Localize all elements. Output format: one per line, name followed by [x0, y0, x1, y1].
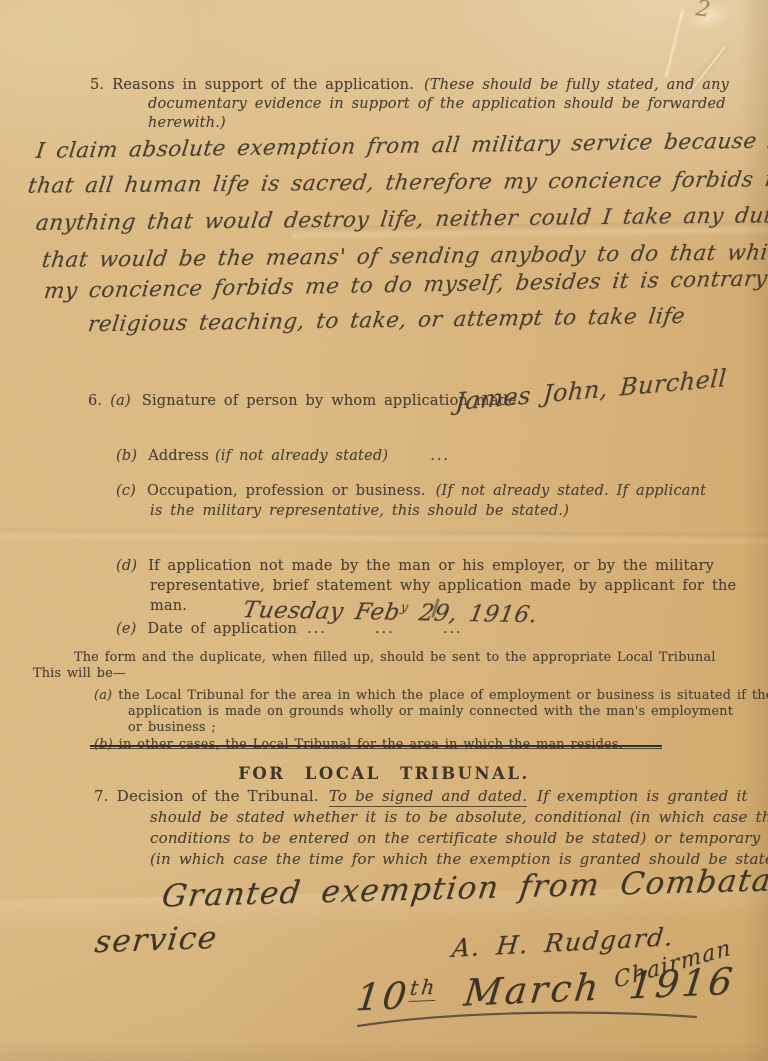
item6b-letter: (b) — [116, 448, 137, 464]
item5-number: 5. — [90, 77, 104, 93]
handwritten-reason-line: that all human life is sacred, therefore… — [26, 166, 768, 198]
paper-crease — [0, 528, 768, 545]
paper-corner-damage — [665, 9, 685, 78]
item6-number: 6. — [88, 393, 102, 409]
item6c-letter: (c) — [116, 483, 136, 499]
application-date-part1: Tuesday Feb — [241, 597, 402, 626]
item5-note-line2: documentary evidence in support of the a… — [148, 96, 726, 112]
page-edge-shadow — [740, 0, 768, 1061]
item7-number: 7. — [94, 787, 109, 805]
item6c-line1: (c)Occupation, profession or business.(I… — [116, 483, 706, 499]
item6d-text-line2: representative, brief statement why appl… — [150, 578, 736, 594]
forwarding-note-line1: The form and the duplicate, when filled … — [74, 650, 716, 665]
forwarding-note-a-line1: the Local Tribunal for the area in which… — [118, 688, 768, 703]
handwritten-decision-line1: Granted exemption from Combatant — [160, 861, 768, 914]
item6c-note-line1: (If not already stated. If applicant — [436, 483, 707, 499]
item6c-label: Occupation, profession or business. — [147, 483, 426, 499]
item6b-note: (if not already stated) — [215, 448, 388, 464]
handwritten-chairman-signature: A. H. Rudgard. — [451, 922, 676, 963]
item7-underlined-note: To be signed and dated. — [329, 787, 527, 807]
application-date-part2: 29, 1916. — [405, 600, 540, 628]
forwarding-note-a: (a)the Local Tribunal for the area in wh… — [94, 688, 768, 703]
item6b-label: Address — [148, 448, 209, 464]
item5-title: Reasons in support of the application. — [112, 77, 414, 93]
item7-line1: 7.Decision of the Tribunal.To be signed … — [94, 787, 748, 805]
item5-note-line3: herewith.) — [148, 115, 226, 131]
forwarding-note-line2: This will be— — [33, 666, 126, 681]
handwritten-reason-line: I claim absolute exemption from all mili… — [34, 127, 768, 164]
item5-line1: 5.Reasons in support of the application.… — [90, 77, 729, 93]
item7-note-line2: should be stated whether it is to be abs… — [150, 808, 768, 826]
item6b-dotted-line: ... — [430, 448, 450, 464]
item7-note-line1: If exemption is granted it — [537, 787, 748, 805]
scanned-form-page: 2 5.Reasons in support of the applicatio… — [0, 0, 768, 1061]
item6d-text-line1: If application not made by the man or hi… — [148, 558, 714, 574]
item6d-letter: (d) — [116, 558, 137, 574]
decision-date-superscript: th — [409, 974, 439, 1001]
item6a-line: 6.(a)Signature of person by whom applica… — [88, 393, 517, 409]
forwarding-note-a-line2: application is made on grounds wholly or… — [128, 704, 733, 719]
handwritten-signature-applicant: James John, Burchell — [455, 364, 728, 416]
handwritten-reason-line: anything that would destroy life, neithe… — [34, 203, 768, 236]
item6c-note-line2: is the military representative, this sho… — [150, 503, 569, 519]
item5-note-line1: (These should be fully stated, and any — [424, 77, 729, 93]
local-tribunal-heading: FOR LOCAL TRIBUNAL. — [0, 764, 768, 783]
item7-label: Decision of the Tribunal. — [117, 787, 319, 805]
page-edge-shadow — [0, 1041, 768, 1061]
handwritten-application-date: Tuesday Feby 29, 1916. — [241, 596, 540, 628]
forwarding-note-a-letter: (a) — [94, 688, 112, 703]
item6e-letter: (e) — [116, 621, 137, 637]
section-divider-rule — [90, 745, 662, 750]
forwarding-note-a-line3: or business ; — [128, 720, 216, 735]
handwritten-reason-line: religious teaching, to take, or attempt … — [86, 304, 686, 337]
item7-note-line3: conditions to be entered on the certific… — [150, 829, 760, 847]
item6d-text-line3: man. — [150, 598, 187, 614]
signature-flourish-underline — [352, 1006, 702, 1032]
handwritten-decision-line2: service — [93, 920, 220, 960]
item6d-line1: (d)If application not made by the man or… — [116, 558, 714, 574]
item6b-line: (b)Address(if not already stated)... — [116, 448, 450, 464]
item6a-letter: (a) — [110, 393, 131, 409]
